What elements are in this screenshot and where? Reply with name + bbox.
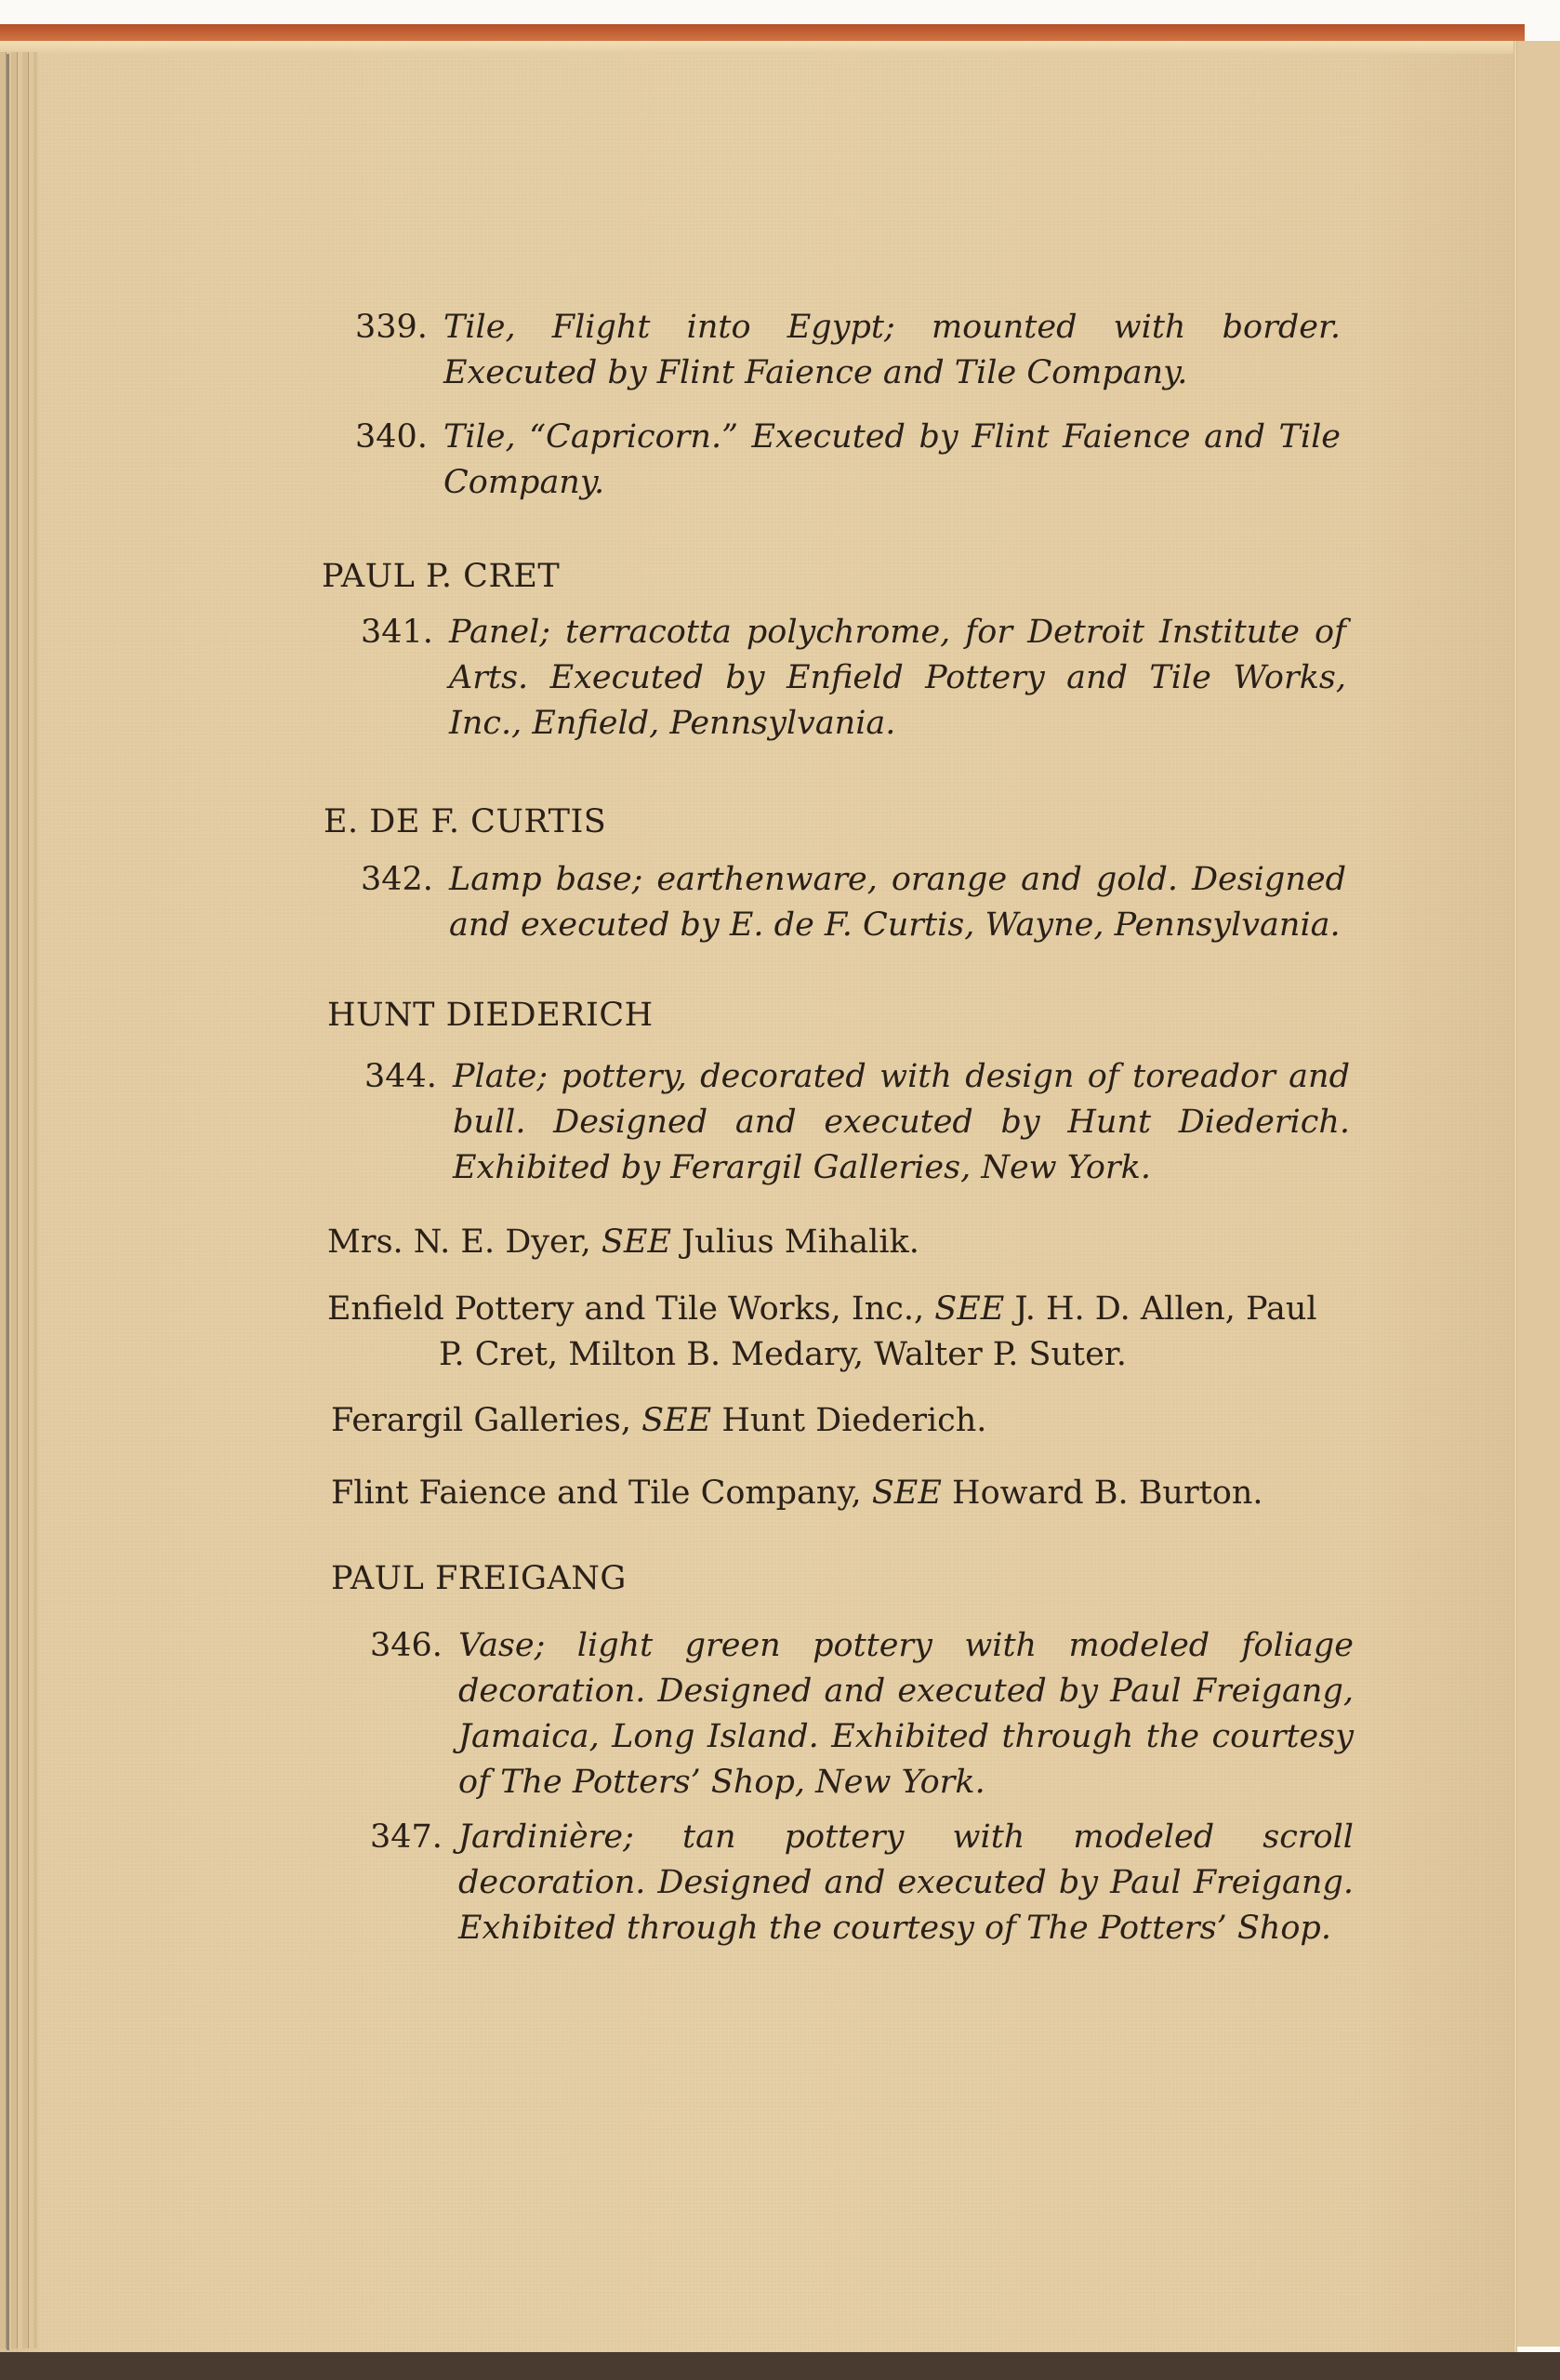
page-top-edge <box>0 41 1525 54</box>
entry-text: Vase; light green pottery with modeled f… <box>458 1623 1354 1805</box>
artist-heading-curtis: E. DE F. CURTIS <box>324 800 606 845</box>
ref-subject: Mrs. N. E. Dyer, <box>327 1223 591 1261</box>
ref-subject: Enfield Pottery and Tile Works, Inc., <box>327 1290 924 1328</box>
entry-number: 347. <box>370 1815 443 1860</box>
entry-text: Tile, Flight into Egypt; mounted with bo… <box>443 305 1341 396</box>
entry-340: 340. Tile, “Capricorn.” Executed by Flin… <box>355 415 1341 506</box>
ref-target: Hunt Diederich. <box>721 1402 986 1439</box>
entry-text: Panel; terracotta polychrome, for Detroi… <box>449 610 1346 747</box>
book-top-edge <box>0 24 1525 43</box>
artist-heading-freigang: PAUL FREIGANG <box>331 1556 627 1602</box>
entry-341: 341. Panel; terracotta polychrome, for D… <box>361 610 1346 747</box>
see-label: SEE <box>872 1474 942 1512</box>
cross-reference-dyer: Mrs. N. E. Dyer, SEE Julius Mihalik. <box>327 1220 919 1265</box>
left-page-leaves <box>0 52 37 2348</box>
background-shadow <box>0 2352 1560 2380</box>
left-binding-line <box>7 54 9 2350</box>
entry-347: 347. Jardinière; tan pottery with modele… <box>370 1815 1354 1951</box>
entry-344: 344. Plate; pottery, decorated with desi… <box>364 1054 1350 1191</box>
entry-text: Lamp base; earthenware, orange and gold.… <box>449 857 1346 948</box>
entry-number: 339. <box>355 305 428 350</box>
see-label: SEE <box>934 1290 1004 1328</box>
ref-target: Julius Mihalik. <box>681 1223 919 1261</box>
see-label: SEE <box>602 1223 671 1261</box>
entry-339: 339. Tile, Flight into Egypt; mounted wi… <box>355 305 1341 396</box>
see-label: SEE <box>641 1402 711 1439</box>
entry-number: 342. <box>361 857 433 903</box>
entry-text: Jardinière; tan pottery with modeled scr… <box>458 1815 1354 1951</box>
entry-number: 344. <box>364 1054 437 1100</box>
entry-346: 346. Vase; light green pottery with mode… <box>370 1623 1354 1805</box>
cross-reference-enfield: Enfield Pottery and Tile Works, Inc., SE… <box>327 1287 1350 1378</box>
ref-target: J. H. D. Allen, Paul <box>1014 1290 1316 1328</box>
artist-heading-diederich: HUNT DIEDERICH <box>327 993 654 1038</box>
entry-number: 340. <box>355 415 428 460</box>
entry-text: Plate; pottery, decorated with design of… <box>453 1054 1350 1191</box>
entry-number: 346. <box>370 1623 443 1669</box>
right-page-strip <box>1517 41 1560 2347</box>
ref-target-continued: P. Cret, Milton B. Medary, Walter P. Sut… <box>327 1332 1350 1378</box>
cross-reference-ferargil: Ferargil Galleries, SEE Hunt Diederich. <box>331 1398 986 1444</box>
entry-342: 342. Lamp base; earthenware, orange and … <box>361 857 1346 948</box>
artist-heading-cret: PAUL P. CRET <box>322 554 560 600</box>
entry-number: 341. <box>361 610 433 655</box>
ref-subject: Ferargil Galleries, <box>331 1402 631 1439</box>
cross-reference-flint: Flint Faience and Tile Company, SEE Howa… <box>331 1471 1263 1516</box>
ref-subject: Flint Faience and Tile Company, <box>331 1474 862 1512</box>
page-fold <box>1514 41 1517 2365</box>
entry-text: Tile, “Capricorn.” Executed by Flint Fai… <box>443 415 1341 506</box>
ref-target: Howard B. Burton. <box>952 1474 1263 1512</box>
